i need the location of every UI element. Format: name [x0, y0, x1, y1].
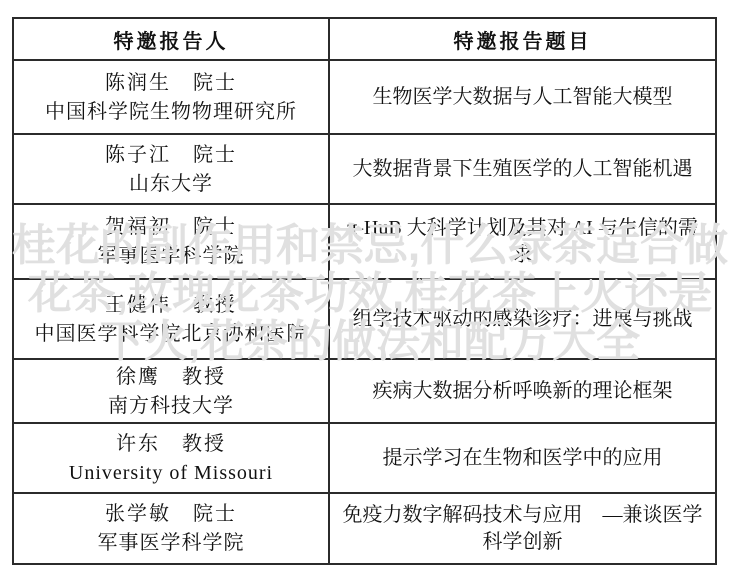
table-row-title: 大数据背景下生殖医学的人工智能机遇 [330, 135, 715, 205]
table-row-speaker: 王健伟 教授 中国医学科学院北京协和医院 [14, 280, 330, 360]
table-row-speaker: 张学敏 院士 军事医学科学院 [14, 494, 330, 563]
speaker-affiliation: University of Missouri [69, 463, 273, 483]
speaker-name: 徐鹰 教授 [116, 367, 226, 387]
speaker-affiliation: 山东大学 [129, 174, 213, 194]
column-header-title: 特邀报告题目 [330, 19, 715, 61]
speaker-affiliation: 军事医学科学院 [98, 533, 245, 553]
table-row-title: 免疫力数字解码技术与应用 —兼谈医学 科学创新 [330, 494, 715, 563]
invited-speakers-table: 特邀报告人 特邀报告题目 陈润生 院士 中国科学院生物物理研究所 生物医学大数据… [12, 17, 717, 565]
speaker-affiliation: 中国医学科学院北京协和医院 [35, 324, 308, 344]
speaker-name: 陈子江 院士 [105, 145, 237, 165]
speaker-affiliation: 中国科学院生物物理研究所 [45, 102, 297, 122]
table-row-title: 生物医学大数据与人工智能大模型 [330, 61, 715, 135]
table-row-title: π-HuB 大科学计划及其对 AI 与生信的需求 [330, 205, 715, 280]
speaker-name: 张学敏 院士 [105, 504, 237, 524]
speaker-name: 陈润生 院士 [105, 73, 237, 93]
table-row-speaker: 陈润生 院士 中国科学院生物物理研究所 [14, 61, 330, 135]
table-row-title: 提示学习在生物和医学中的应用 [330, 424, 715, 494]
table-row-speaker: 许东 教授 University of Missouri [14, 424, 330, 494]
column-header-speaker-label: 特邀报告人 [114, 25, 229, 54]
column-header-title-label: 特邀报告题目 [454, 25, 592, 54]
speaker-name: 贺福初 院士 [105, 217, 237, 237]
table-row-title: 疾病大数据分析呼唤新的理论框架 [330, 360, 715, 424]
table-row-title: 组学技术驱动的感染诊疗：进展与挑战 [330, 280, 715, 360]
table-row-speaker: 徐鹰 教授 南方科技大学 [14, 360, 330, 424]
column-header-speaker: 特邀报告人 [14, 19, 330, 61]
table-row-speaker: 陈子江 院士 山东大学 [14, 135, 330, 205]
speaker-name: 许东 教授 [116, 434, 226, 454]
speaker-name: 王健伟 教授 [105, 295, 237, 315]
speaker-affiliation: 南方科技大学 [108, 396, 234, 416]
table-row-speaker: 贺福初 院士 军事医学科学院 [14, 205, 330, 280]
speaker-affiliation: 军事医学科学院 [98, 246, 245, 266]
